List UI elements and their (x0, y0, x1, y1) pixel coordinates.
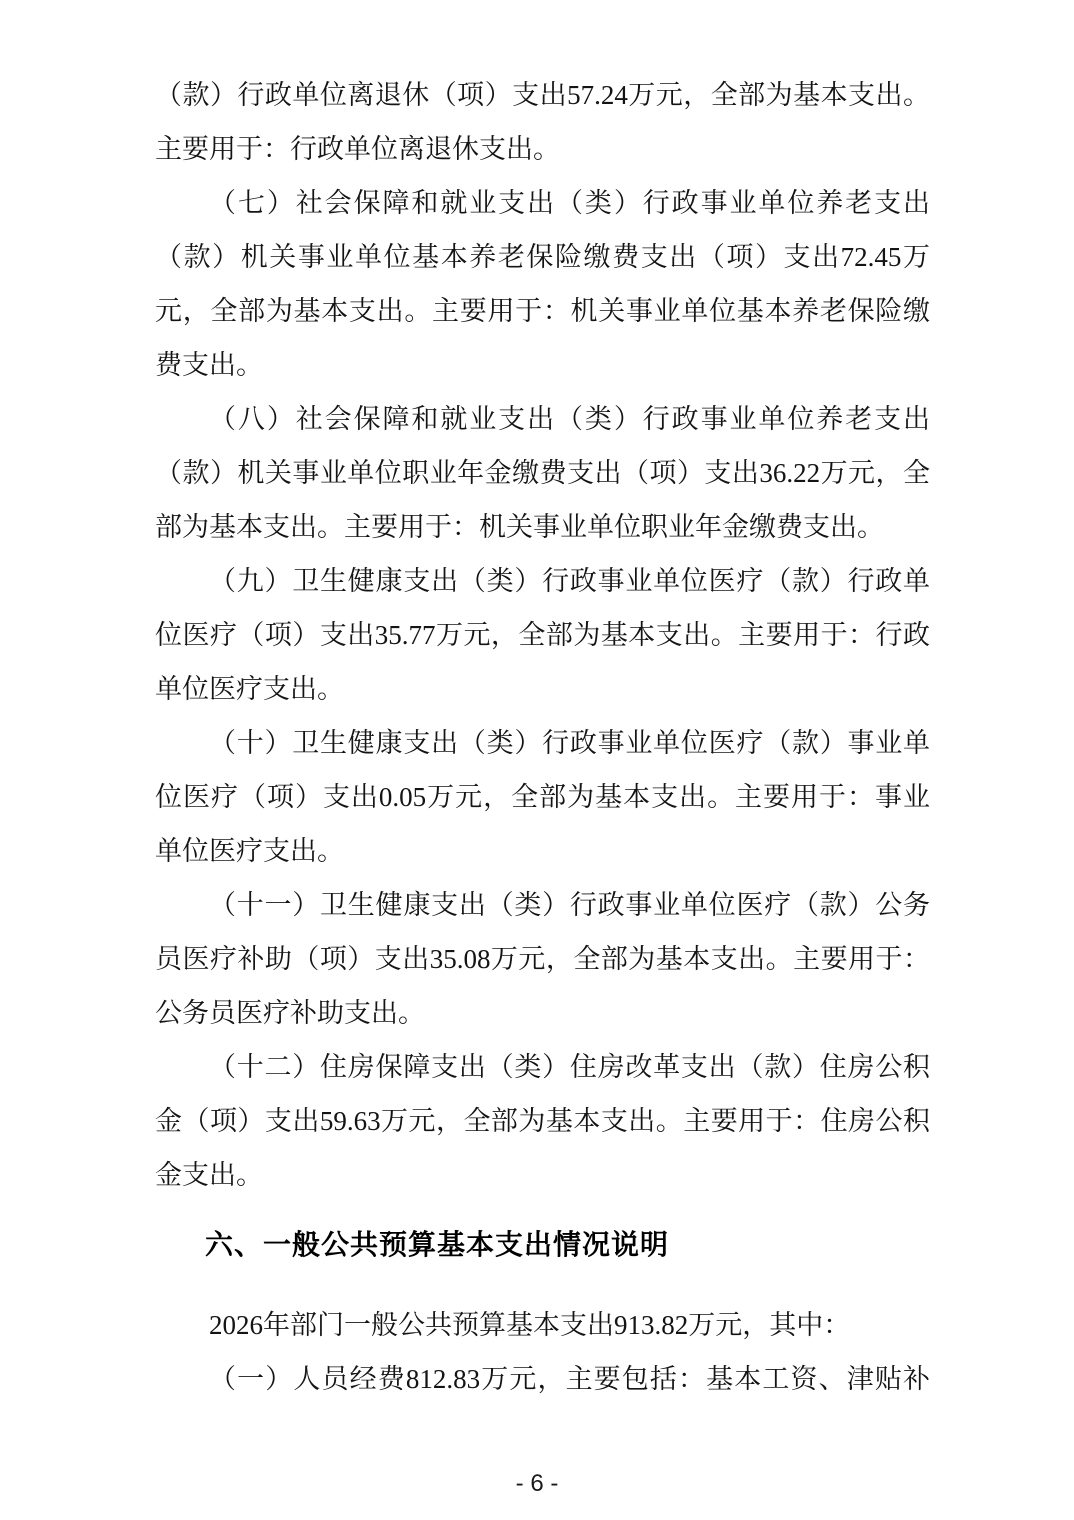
body-line: （九）卫生健康支出（类）行政事业单位医疗（款）行政单 (155, 554, 930, 608)
body-line: 公务员医疗补助支出。 (155, 986, 930, 1040)
body-line: 位医疗（项）支出0.05万元，全部为基本支出。主要用于：事业 (155, 770, 930, 824)
body-line: （一）人员经费812.83万元，主要包括：基本工资、津贴补 (155, 1352, 930, 1406)
section-heading: 六、一般公共预算基本支出情况说明 (155, 1222, 930, 1268)
body-line: （款）机关事业单位职业年金缴费支出（项）支出36.22万元，全 (155, 446, 930, 500)
body-line: 费支出。 (155, 338, 930, 392)
body-line: 金支出。 (155, 1148, 930, 1202)
body-line: （八）社会保障和就业支出（类）行政事业单位养老支出 (155, 392, 930, 446)
document-page: （款）行政单位离退休（项）支出57.24万元，全部为基本支出。 主要用于：行政单… (0, 0, 1074, 1520)
body-line: 主要用于：行政单位离退休支出。 (155, 122, 930, 176)
body-line: 金（项）支出59.63万元，全部为基本支出。主要用于：住房公积 (155, 1094, 930, 1148)
body-line: （款）机关事业单位基本养老保险缴费支出（项）支出72.45万 (155, 230, 930, 284)
body-line: （七）社会保障和就业支出（类）行政事业单位养老支出 (155, 176, 930, 230)
body-line: 员医疗补助（项）支出35.08万元，全部为基本支出。主要用于： (155, 932, 930, 986)
body-line: 2026年部门一般公共预算基本支出913.82万元，其中： (155, 1298, 930, 1352)
body-line: （十二）住房保障支出（类）住房改革支出（款）住房公积 (155, 1040, 930, 1094)
body-line: 单位医疗支出。 (155, 662, 930, 716)
body-line: 元，全部为基本支出。主要用于：机关事业单位基本养老保险缴 (155, 284, 930, 338)
body-line: 单位医疗支出。 (155, 824, 930, 878)
page-number: - 6 - (0, 1470, 1074, 1498)
body-line: 部为基本支出。主要用于：机关事业单位职业年金缴费支出。 (155, 500, 930, 554)
body-line: （十一）卫生健康支出（类）行政事业单位医疗（款）公务 (155, 878, 930, 932)
body-line: （款）行政单位离退休（项）支出57.24万元，全部为基本支出。 (155, 68, 930, 122)
body-line: 位医疗（项）支出35.77万元，全部为基本支出。主要用于：行政 (155, 608, 930, 662)
text-column: （款）行政单位离退休（项）支出57.24万元，全部为基本支出。 主要用于：行政单… (155, 68, 930, 1406)
body-line: （十）卫生健康支出（类）行政事业单位医疗（款）事业单 (155, 716, 930, 770)
